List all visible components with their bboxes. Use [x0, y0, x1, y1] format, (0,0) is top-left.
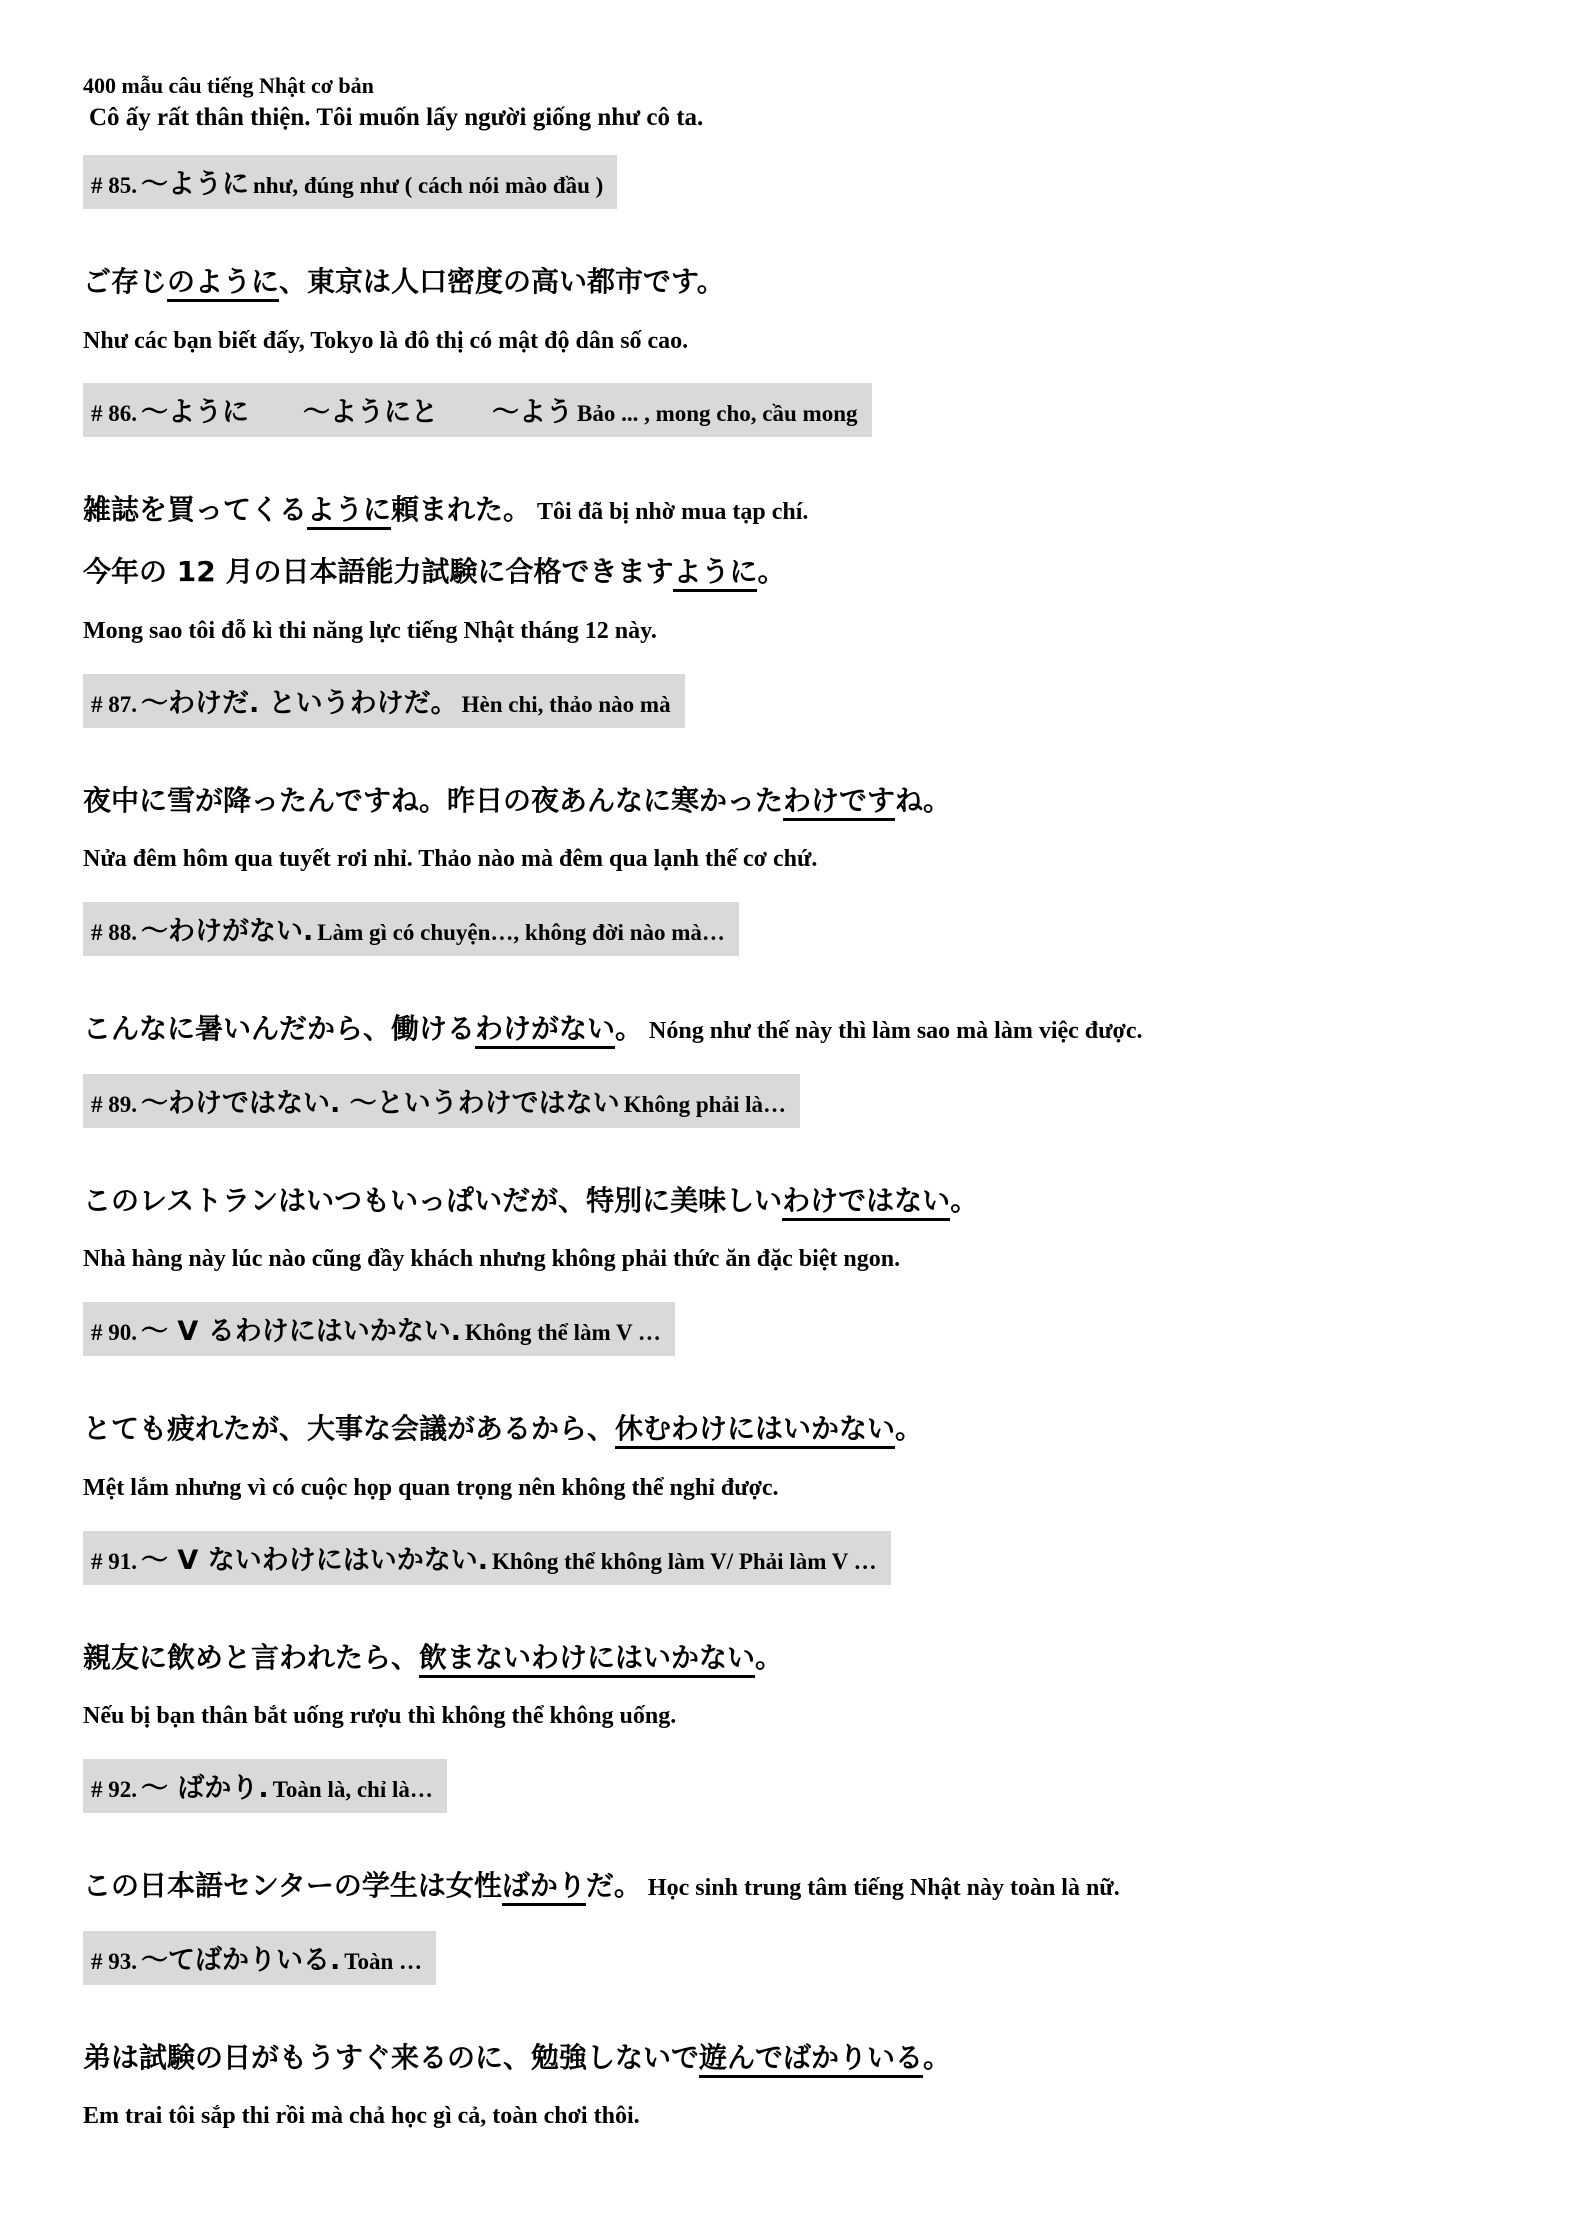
jp-text: 今年の 12 月の日本語能力試験に合格できます — [83, 555, 673, 588]
grammar-pattern-jp: ～ ばかり. — [141, 1773, 269, 1804]
grammar-pattern-jp: ～ように — [141, 169, 249, 200]
jp-text: 。 — [923, 2041, 951, 2074]
jp-text: ご存じ — [83, 265, 167, 298]
jp-text: 弟は試験の日がもうすぐ来るのに、勉強しないで — [83, 2041, 699, 2074]
grammar-pattern-jp: ～わけがない. — [141, 916, 313, 947]
grammar-meaning-vi: Bảo ... , mong cho, cầu mong — [577, 401, 858, 426]
example-sentence-jp: この日本語センターの学生は女性ばかりだ。Học sinh trung tâm t… — [83, 1869, 1523, 1903]
example-sentence-jp: 親友に飲めと言われたら、飲まないわけにはいかない。 — [83, 1641, 1523, 1675]
grammar-entry-row: # 89. ～わけではない. ～というわけではない Không phải là… — [83, 1074, 1523, 1156]
document-title: 400 mẫu câu tiếng Nhật cơ bản — [83, 73, 1523, 98]
inline-translation-vi: Học sinh trung tâm tiếng Nhật này toàn l… — [648, 1875, 1120, 1901]
grammar-number: # 89. — [91, 1092, 137, 1117]
grammar-entry-row: # 86. ～ように ～ようにと ～よう Bảo ... , mong cho,… — [83, 383, 1523, 465]
jp-text: 。 — [615, 1012, 643, 1045]
grammar-pattern-jp: ～わけではない. ～というわけではない — [141, 1088, 620, 1119]
grammar-entry-row: # 87. ～わけだ. というわけだ。 Hèn chi, thảo nào mà — [83, 674, 1523, 756]
example-sentence-jp: 弟は試験の日がもうすぐ来るのに、勉強しないで遊んでばかりいる。 — [83, 2041, 1523, 2075]
inline-translation-vi: Tôi đã bị nhờ mua tạp chí. — [537, 499, 808, 525]
grammar-number: # 91. — [91, 1549, 137, 1574]
translation-vi: Em trai tôi sắp thi rồi mà chả học gì cả… — [83, 2102, 1523, 2131]
grammar-header: # 89. ～わけではない. ～というわけではない Không phải là… — [83, 1074, 800, 1128]
jp-text: 。 — [755, 1641, 783, 1674]
jp-text: 、東京は人口密度の高い都市です。 — [279, 265, 725, 298]
grammar-meaning-vi: như, đúng như ( cách nói mào đầu ) — [253, 173, 603, 198]
carryover-translation-vi: Cô ấy rất thân thiện. Tôi muốn lấy người… — [83, 104, 1523, 133]
example-sentence-jp: このレストランはいつもいっぱいだが、特別に美味しいわけではない。 — [83, 1184, 1523, 1218]
jp-text: 。 — [895, 1412, 923, 1445]
grammar-header: # 92. ～ ばかり. Toàn là, chỉ là… — [83, 1759, 447, 1813]
example-sentence-jp: 今年の 12 月の日本語能力試験に合格できますように。 — [83, 555, 1523, 589]
grammar-pattern-jp: ～わけだ. というわけだ。 — [141, 688, 458, 719]
grammar-entry-row: # 85. ～ように như, đúng như ( cách nói mào … — [83, 155, 1523, 237]
grammar-pattern-jp: ～ように ～ようにと ～よう — [141, 397, 573, 428]
jp-text: とても疲れたが、大事な会議があるから、 — [83, 1412, 615, 1445]
underlined-pattern: ように — [673, 555, 757, 592]
translation-vi: Nếu bị bạn thân bắt uống rượu thì không … — [83, 1702, 1523, 1731]
grammar-header: # 87. ～わけだ. というわけだ。 Hèn chi, thảo nào mà — [83, 674, 685, 728]
jp-text: 。 — [757, 555, 785, 588]
translation-vi: Nhà hàng này lúc nào cũng đầy khách nhưn… — [83, 1245, 1523, 1274]
grammar-meaning-vi: Không thể làm V … — [465, 1320, 661, 1345]
underlined-pattern: のように — [167, 265, 279, 302]
grammar-number: # 85. — [91, 173, 137, 198]
grammar-header: # 91. ～ V ないわけにはいかない. Không thể không là… — [83, 1531, 891, 1585]
grammar-entry-row: # 90. ～ V るわけにはいかない. Không thể làm V … — [83, 1302, 1523, 1384]
jp-text: このレストランはいつもいっぱいだが、特別に美味しい — [83, 1184, 782, 1217]
grammar-number: # 88. — [91, 920, 137, 945]
grammar-entry-row: # 92. ～ ばかり. Toàn là, chỉ là… — [83, 1759, 1523, 1841]
grammar-number: # 93. — [91, 1949, 137, 1974]
translation-vi: Như các bạn biết đấy, Tokyo là đô thị có… — [83, 327, 1523, 356]
grammar-header: # 90. ～ V るわけにはいかない. Không thể làm V … — [83, 1302, 675, 1356]
underlined-pattern: わけです — [783, 784, 895, 821]
translation-vi: Mong sao tôi đỗ kì thi năng lực tiếng Nh… — [83, 617, 1523, 646]
grammar-entry-row: # 91. ～ V ないわけにはいかない. Không thể không là… — [83, 1531, 1523, 1613]
jp-text: ね。 — [895, 784, 951, 817]
example-sentence-jp: ご存じのように、東京は人口密度の高い都市です。 — [83, 265, 1523, 299]
grammar-list: # 85. ～ように như, đúng như ( cách nói mào … — [83, 155, 1523, 2131]
document-page: 400 mẫu câu tiếng Nhật cơ bản Cô ấy rất … — [0, 0, 1583, 2219]
grammar-meaning-vi: Toàn … — [344, 1949, 422, 1974]
jp-text: 夜中に雪が降ったんですね。昨日の夜あんなに寒かった — [83, 784, 783, 817]
underlined-pattern: わけがない — [475, 1012, 615, 1049]
example-sentence-jp: とても疲れたが、大事な会議があるから、休むわけにはいかない。 — [83, 1412, 1523, 1446]
jp-text: だ。 — [586, 1869, 642, 1902]
underlined-pattern: ように — [307, 493, 391, 530]
grammar-number: # 86. — [91, 401, 137, 426]
grammar-pattern-jp: ～てばかりいる. — [141, 1945, 340, 1976]
grammar-header: # 86. ～ように ～ようにと ～よう Bảo ... , mong cho,… — [83, 383, 872, 437]
grammar-entry-row: # 88. ～わけがない. Làm gì có chuyện…, không đ… — [83, 902, 1523, 984]
grammar-header: # 85. ～ように như, đúng như ( cách nói mào … — [83, 155, 617, 209]
jp-text: 雑誌を買ってくる — [83, 493, 307, 526]
jp-text: 親友に飲めと言われたら、 — [83, 1641, 419, 1674]
grammar-number: # 92. — [91, 1777, 137, 1802]
grammar-meaning-vi: Không phải là… — [624, 1092, 786, 1117]
jp-text: こんなに暑いんだから、働ける — [83, 1012, 475, 1045]
grammar-meaning-vi: Không thể không làm V/ Phải làm V … — [492, 1549, 877, 1574]
jp-text: 頼まれた。 — [391, 493, 531, 526]
grammar-meaning-vi: Toàn là, chỉ là… — [273, 1777, 433, 1802]
underlined-pattern: 遊んでばかりいる — [699, 2041, 923, 2078]
translation-vi: Mệt lắm nhưng vì có cuộc họp quan trọng … — [83, 1474, 1523, 1503]
underlined-pattern: ばかり — [502, 1869, 586, 1906]
inline-translation-vi: Nóng như thế này thì làm sao mà làm việc… — [649, 1018, 1142, 1044]
grammar-header: # 93. ～てばかりいる. Toàn … — [83, 1931, 436, 1985]
underlined-pattern: 休むわけにはいかない — [615, 1412, 895, 1449]
grammar-number: # 87. — [91, 692, 137, 717]
underlined-pattern: 飲まないわけにはいかない — [419, 1641, 755, 1678]
jp-text: 。 — [950, 1184, 978, 1217]
translation-vi: Nửa đêm hôm qua tuyết rơi nhỉ. Thảo nào … — [83, 845, 1523, 874]
grammar-meaning-vi: Hèn chi, thảo nào mà — [462, 692, 671, 717]
underlined-pattern: わけではない — [782, 1184, 950, 1221]
example-sentence-jp: 夜中に雪が降ったんですね。昨日の夜あんなに寒かったわけですね。 — [83, 784, 1523, 818]
grammar-pattern-jp: ～ V ないわけにはいかない. — [141, 1545, 488, 1576]
grammar-entry-row: # 93. ～てばかりいる. Toàn … — [83, 1931, 1523, 2013]
grammar-pattern-jp: ～ V るわけにはいかない. — [141, 1316, 461, 1347]
example-sentence-jp: こんなに暑いんだから、働けるわけがない。Nóng như thế này thì… — [83, 1012, 1523, 1046]
grammar-number: # 90. — [91, 1320, 137, 1345]
example-sentence-jp: 雑誌を買ってくるように頼まれた。Tôi đã bị nhờ mua tạp ch… — [83, 493, 1523, 527]
jp-text: この日本語センターの学生は女性 — [83, 1869, 502, 1902]
grammar-header: # 88. ～わけがない. Làm gì có chuyện…, không đ… — [83, 902, 739, 956]
grammar-meaning-vi: Làm gì có chuyện…, không đời nào mà… — [317, 920, 725, 945]
